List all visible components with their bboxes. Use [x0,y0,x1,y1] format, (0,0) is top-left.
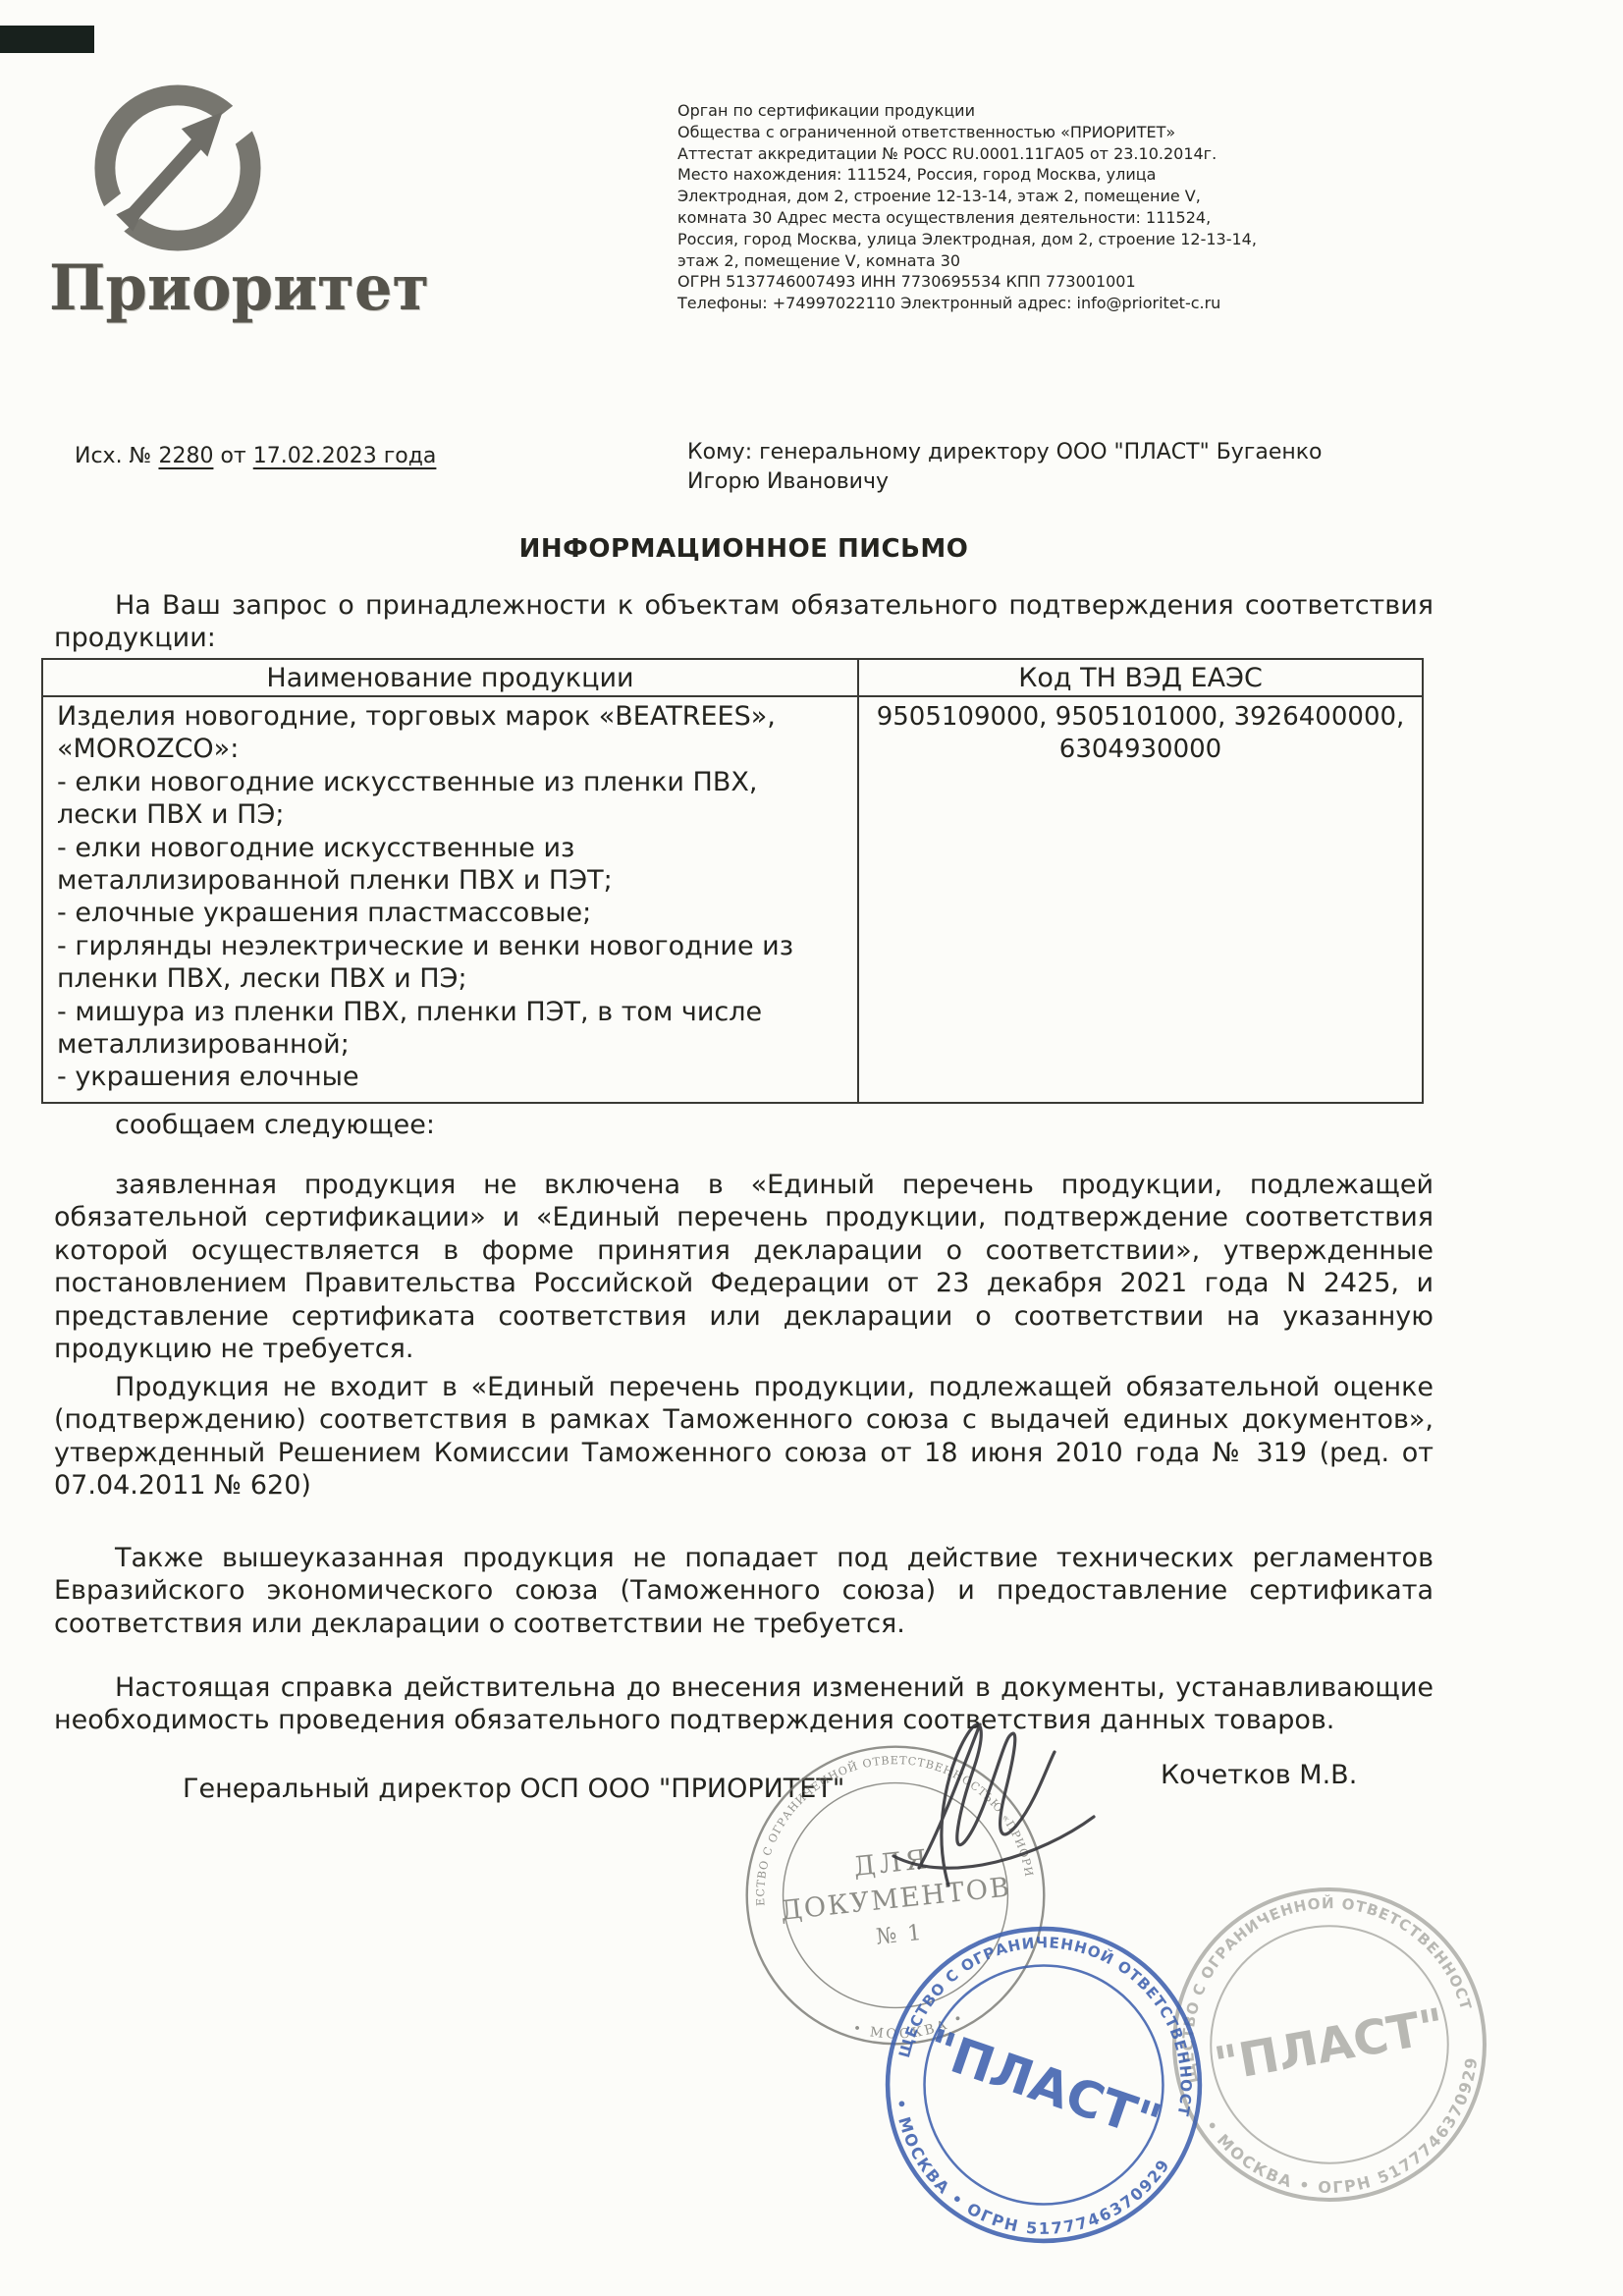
org-detail-line: Россия, город Москва, улица Электродная,… [677,229,1257,250]
body-paragraph-3: Также вышеуказанная продукция не попадае… [54,1542,1434,1640]
circular-arrow-emblem-icon [84,75,271,261]
product-table: Наименование продукции Код ТН ВЭД ЕАЭС И… [41,658,1424,1104]
body-paragraph-1: заявленная продукция не включена в «Един… [54,1169,1434,1365]
ref-prefix: Исх. № [75,444,151,468]
table-header-row: Наименование продукции Код ТН ВЭД ЕАЭС [42,659,1423,696]
stamp-center-name: "ПЛАСТ" [1211,1998,1449,2093]
org-detail-line: Орган по сертификации продукции [677,100,1257,122]
org-detail-line: Телефоны: +74997022110 Электронный адрес… [677,293,1257,314]
scan-artifact-bar [0,26,94,53]
outgoing-ref-line: Исх. № 2280 от 17.02.2023 года [75,444,436,468]
org-detail-line: этаж 2, помещение V, комната 30 [677,250,1257,272]
recipient-block: Кому: генеральному директору ООО "ПЛАСТ"… [687,438,1375,497]
product-line: - гирлянды неэлектрические и венки новог… [57,930,845,996]
handwritten-signature [833,1707,1137,1898]
body-paragraph-2: Продукция не входит в «Единый перечень п… [54,1371,1434,1503]
product-line: - елочные украшения пластмассовые; [57,897,845,929]
column-header-tnved-code: Код ТН ВЭД ЕАЭС [858,659,1423,696]
followup-line: сообщаем следующее: [115,1110,435,1140]
ref-connector: от [220,444,245,468]
logo-wordmark: Приоритет [49,251,429,325]
body-paragraph-4: Настоящая справка действительна до внесе… [54,1671,1434,1737]
product-list-cell: Изделия новогодние, торговых марок «BEAT… [42,696,858,1103]
org-detail-line: Место нахождения: 111524, Россия, город … [677,164,1257,186]
table-row: Изделия новогодние, торговых марок «BEAT… [42,696,1423,1103]
product-line: - украшения елочные [57,1061,845,1093]
product-line: - елки новогодние искусственные из пленк… [57,766,845,832]
org-detail-line: ОГРН 5137746007493 ИНН 7730695534 КПП 77… [677,271,1257,293]
ref-number: 2280 [158,444,213,468]
column-header-product-name: Наименование продукции [42,659,858,696]
tnved-codes-cell: 9505109000, 9505101000, 3926400000, 6304… [858,696,1423,1103]
intro-paragraph: На Ваш запрос о принадлежности к объекта… [54,589,1434,654]
org-detail-line: Электродная, дом 2, строение 12-13-14, э… [677,186,1257,207]
ref-date: 17.02.2023 года [253,444,437,468]
org-detail-line: Общества с ограниченной ответственностью… [677,122,1257,143]
org-detail-line: комната 30 Адрес места осуществления дея… [677,207,1257,229]
org-details-block: Орган по сертификации продукции Общества… [677,100,1257,314]
product-line: - мишура из пленки ПВХ, пленки ПЭТ, в то… [57,996,845,1062]
signer-name: Кочетков М.В. [1161,1760,1357,1790]
scanned-letter-page: Приоритет Орган по сертификации продукци… [0,0,1623,2296]
document-title: ИНФОРМАЦИОННОЕ ПИСЬМО [54,534,1434,564]
product-line: - елки новогодние искусственные из метал… [57,832,845,898]
org-detail-line: Аттестат аккредитации № РОСС RU.0001.11Г… [677,143,1257,165]
product-line: Изделия новогодние, торговых марок «BEAT… [57,700,845,766]
stamp-center-name: "ПЛАСТ" [919,2017,1168,2151]
